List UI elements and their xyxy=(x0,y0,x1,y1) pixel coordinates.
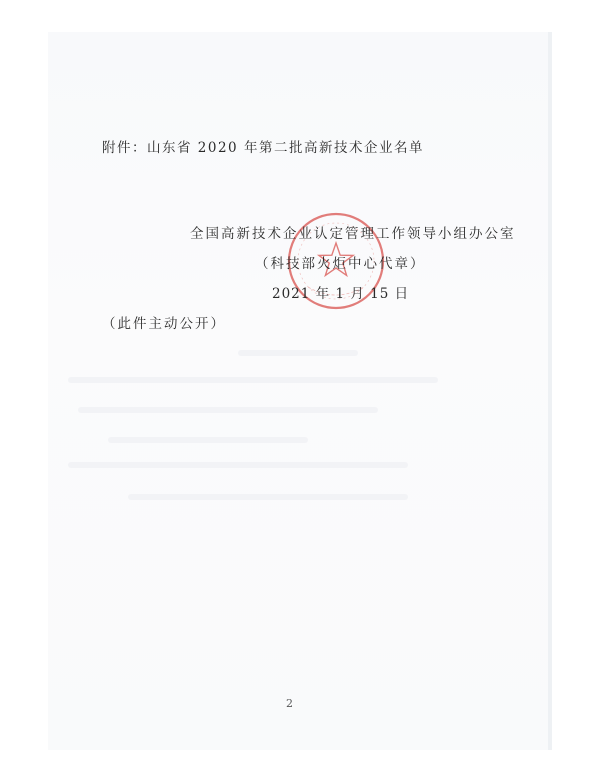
issue-date: 2021 年 1 月 15 日 xyxy=(272,282,409,302)
disclosure-note: （此件主动公开） xyxy=(102,312,226,332)
issuing-agent: （科技部火炬中心代章） xyxy=(255,252,426,272)
bleed-through-line xyxy=(128,494,408,500)
issuing-office: 全国高新技术企业认定管理工作领导小组办公室 xyxy=(190,222,516,242)
bleed-through-line xyxy=(108,437,308,443)
bleed-through-line xyxy=(78,407,378,413)
attachment-line: 附件：山东省 2020 年第二批高新技术企业名单 xyxy=(102,136,424,156)
bleed-through-line xyxy=(68,377,438,383)
bleed-through-line xyxy=(238,350,358,356)
bleed-through-line xyxy=(68,462,408,468)
page-number: 2 xyxy=(286,697,293,710)
